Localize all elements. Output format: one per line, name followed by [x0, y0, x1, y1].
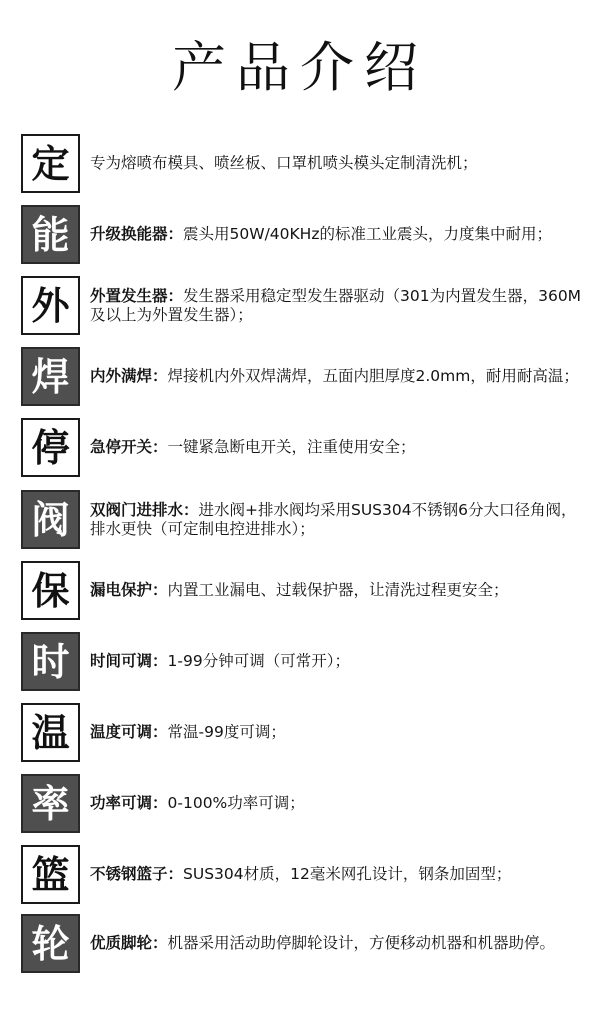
feature-label: 时间可调： — [90, 652, 168, 670]
feature-label: 功率可调： — [90, 794, 168, 812]
feature-item: 轮 优质脚轮：机器采用活动助停脚轮设计，方便移动机器和机器助停。 — [21, 914, 591, 973]
feature-badge-icon: 轮 — [21, 914, 80, 973]
feature-description: 升级换能器：震头用50W/40KHz的标准工业震头，力度集中耐用； — [90, 205, 590, 264]
feature-text: 专为熔喷布模具、喷丝板、口罩机喷头模头定制清洗机； — [90, 154, 478, 172]
feature-text: 一键紧急断电开关，注重使用安全； — [168, 438, 416, 456]
feature-item: 篮 不锈钢篮子：SUS304材质，12毫米网孔设计，钢条加固型； — [21, 845, 591, 904]
feature-badge-icon: 篮 — [21, 845, 80, 904]
page-title: 产品介绍 — [0, 38, 600, 98]
feature-item: 停 急停开关：一键紧急断电开关，注重使用安全； — [21, 418, 591, 477]
feature-text: 焊接机内外双焊满焊，五面内胆厚度2.0mm，耐用耐高温； — [168, 367, 579, 385]
feature-item: 阀 双阀门进排水：进水阀+排水阀均采用SUS304不锈钢6分大口径角阀，排水更快… — [21, 490, 591, 549]
feature-label: 双阀门进排水： — [90, 501, 199, 519]
feature-text: 1-99分钟可调（可常开）； — [168, 652, 350, 670]
feature-description: 内外满焊：焊接机内外双焊满焊，五面内胆厚度2.0mm，耐用耐高温； — [90, 347, 590, 406]
feature-item: 温 温度可调：常温-99度可调； — [21, 703, 591, 762]
feature-label: 不锈钢篮子： — [90, 865, 183, 883]
feature-label: 漏电保护： — [90, 581, 168, 599]
feature-description: 外置发生器：发生器采用稳定型发生器驱动（301为内置发生器，360M及以上为外置… — [90, 276, 590, 335]
feature-badge-icon: 保 — [21, 561, 80, 620]
feature-description: 急停开关：一键紧急断电开关，注重使用安全； — [90, 418, 590, 477]
feature-badge-icon: 温 — [21, 703, 80, 762]
feature-description: 不锈钢篮子：SUS304材质，12毫米网孔设计，钢条加固型； — [90, 845, 590, 904]
feature-label: 优质脚轮： — [90, 934, 168, 952]
feature-item: 能 升级换能器：震头用50W/40KHz的标准工业震头，力度集中耐用； — [21, 205, 591, 264]
feature-description: 专为熔喷布模具、喷丝板、口罩机喷头模头定制清洗机； — [90, 134, 590, 193]
feature-badge-icon: 阀 — [21, 490, 80, 549]
feature-item: 保 漏电保护：内置工业漏电、过载保护器，让清洗过程更安全； — [21, 561, 591, 620]
feature-item: 焊 内外满焊：焊接机内外双焊满焊，五面内胆厚度2.0mm，耐用耐高温； — [21, 347, 591, 406]
feature-label: 温度可调： — [90, 723, 168, 741]
feature-text: 常温-99度可调； — [168, 723, 286, 741]
feature-badge-icon: 焊 — [21, 347, 80, 406]
feature-badge-icon: 能 — [21, 205, 80, 264]
feature-description: 温度可调：常温-99度可调； — [90, 703, 590, 762]
feature-text: SUS304材质，12毫米网孔设计，钢条加固型； — [183, 865, 511, 883]
feature-label: 急停开关： — [90, 438, 168, 456]
feature-text: 0-100%功率可调； — [168, 794, 305, 812]
feature-description: 功率可调：0-100%功率可调； — [90, 774, 590, 833]
feature-description: 时间可调：1-99分钟可调（可常开）； — [90, 632, 590, 691]
feature-badge-icon: 外 — [21, 276, 80, 335]
feature-item: 时 时间可调：1-99分钟可调（可常开）； — [21, 632, 591, 691]
feature-badge-icon: 率 — [21, 774, 80, 833]
feature-label: 升级换能器： — [90, 225, 183, 243]
feature-description: 双阀门进排水：进水阀+排水阀均采用SUS304不锈钢6分大口径角阀，排水更快（可… — [90, 490, 590, 549]
feature-text: 机器采用活动助停脚轮设计，方便移动机器和机器助停。 — [168, 934, 556, 952]
feature-badge-icon: 定 — [21, 134, 80, 193]
feature-badge-icon: 时 — [21, 632, 80, 691]
feature-description: 漏电保护：内置工业漏电、过载保护器，让清洗过程更安全； — [90, 561, 590, 620]
feature-item: 外 外置发生器：发生器采用稳定型发生器驱动（301为内置发生器，360M及以上为… — [21, 276, 591, 335]
feature-text: 震头用50W/40KHz的标准工业震头，力度集中耐用； — [183, 225, 552, 243]
feature-item: 定 专为熔喷布模具、喷丝板、口罩机喷头模头定制清洗机； — [21, 134, 591, 193]
feature-item: 率 功率可调：0-100%功率可调； — [21, 774, 591, 833]
feature-description: 优质脚轮：机器采用活动助停脚轮设计，方便移动机器和机器助停。 — [90, 914, 590, 973]
feature-text: 内置工业漏电、过载保护器，让清洗过程更安全； — [168, 581, 509, 599]
feature-label: 内外满焊： — [90, 367, 168, 385]
feature-badge-icon: 停 — [21, 418, 80, 477]
feature-label: 外置发生器： — [90, 287, 183, 305]
